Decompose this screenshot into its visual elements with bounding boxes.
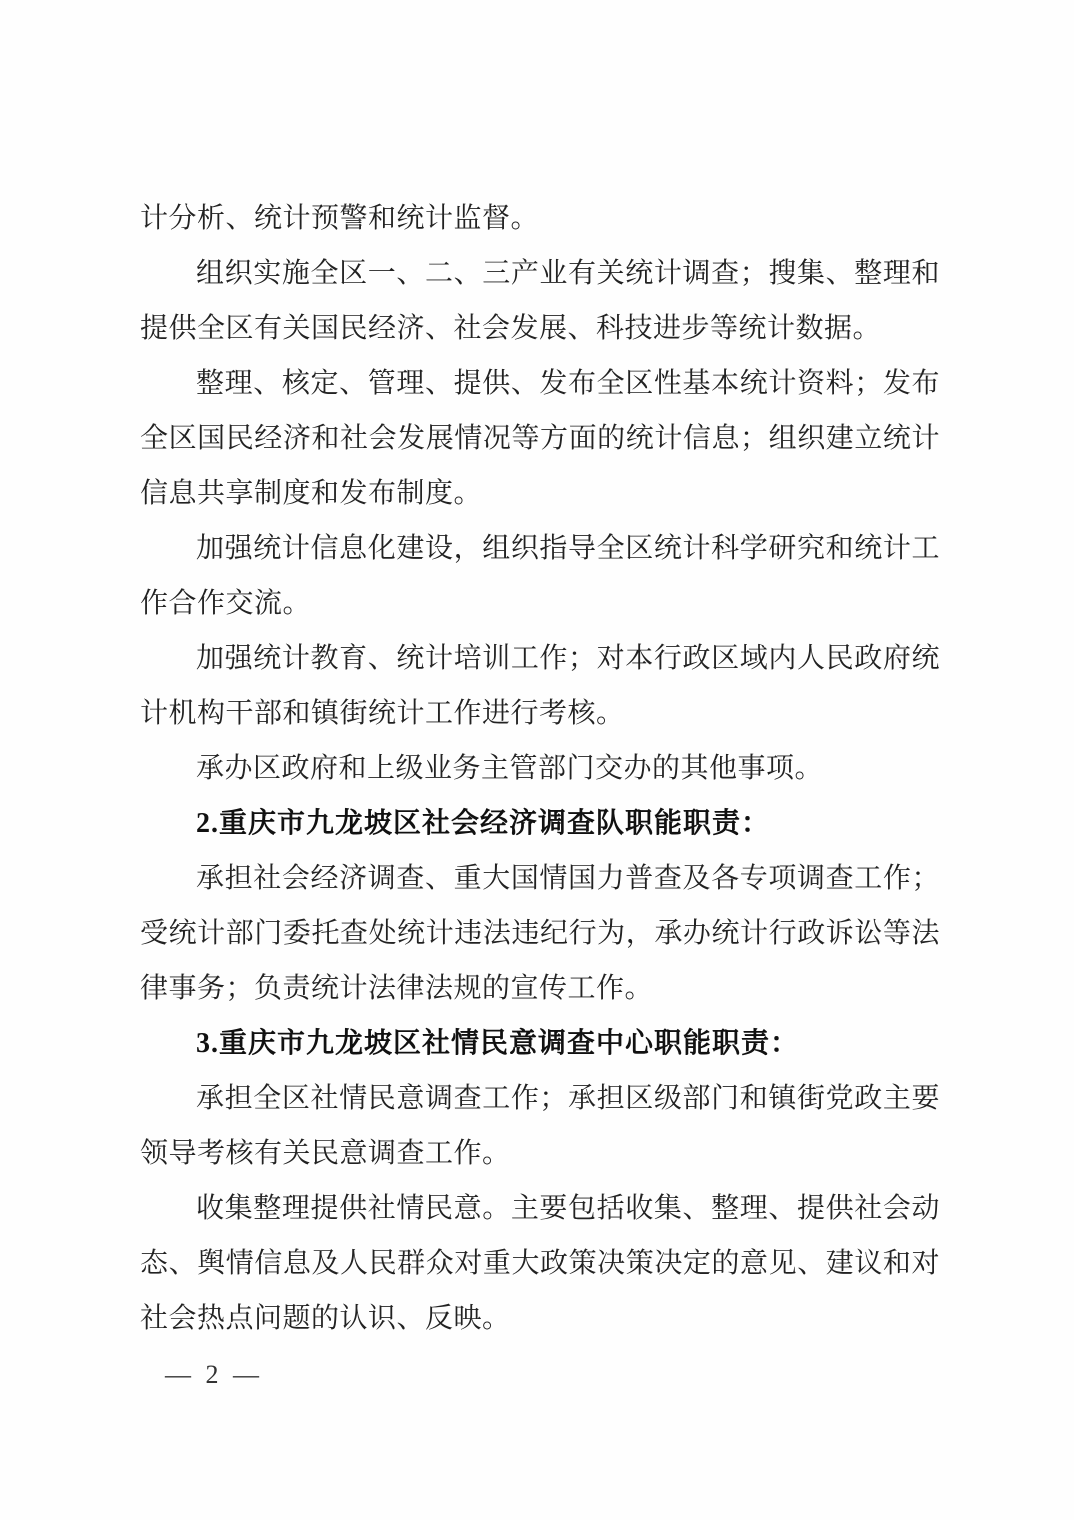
text-line: 计分析、统计预警和统计监督。 [140,191,940,246]
text-line: 承担全区社情民意调查工作；承担区级部门和镇街党政主要 [140,1071,940,1126]
section-heading: 3.重庆市九龙坡区社情民意调查中心职能职责： [140,1016,940,1071]
text-line: 加强统计信息化建设，组织指导全区统计科学研究和统计工 [140,521,940,576]
text-line: 律事务；负责统计法律法规的宣传工作。 [140,961,940,1016]
text-line: 提供全区有关国民经济、社会发展、科技进步等统计数据。 [140,301,940,356]
text-line: 全区国民经济和社会发展情况等方面的统计信息；组织建立统计 [140,411,940,466]
text-line: 受统计部门委托查处统计违法违纪行为，承办统计行政诉讼等法 [140,906,940,961]
section-heading: 2.重庆市九龙坡区社会经济调查队职能职责： [140,796,940,851]
page-number: — 2 — [165,1360,263,1390]
text-line: 领导考核有关民意调查工作。 [140,1126,940,1181]
document-page: 计分析、统计预警和统计监督。组织实施全区一、二、三产业有关统计调查；搜集、整理和… [0,0,1074,1520]
text-line: 整理、核定、管理、提供、发布全区性基本统计资料；发布 [140,356,940,411]
text-line: 社会热点问题的认识、反映。 [140,1291,940,1346]
text-line: 计机构干部和镇街统计工作进行考核。 [140,686,940,741]
text-line: 加强统计教育、统计培训工作；对本行政区域内人民政府统 [140,631,940,686]
text-line: 收集整理提供社情民意。主要包括收集、整理、提供社会动 [140,1181,940,1236]
document-body: 计分析、统计预警和统计监督。组织实施全区一、二、三产业有关统计调查；搜集、整理和… [140,191,940,1346]
text-line: 信息共享制度和发布制度。 [140,466,940,521]
text-line: 态、舆情信息及人民群众对重大政策决策决定的意见、建议和对 [140,1236,940,1291]
text-line: 承担社会经济调查、重大国情国力普查及各专项调查工作； [140,851,940,906]
text-line: 作合作交流。 [140,576,940,631]
text-line: 承办区政府和上级业务主管部门交办的其他事项。 [140,741,940,796]
text-line: 组织实施全区一、二、三产业有关统计调查；搜集、整理和 [140,246,940,301]
